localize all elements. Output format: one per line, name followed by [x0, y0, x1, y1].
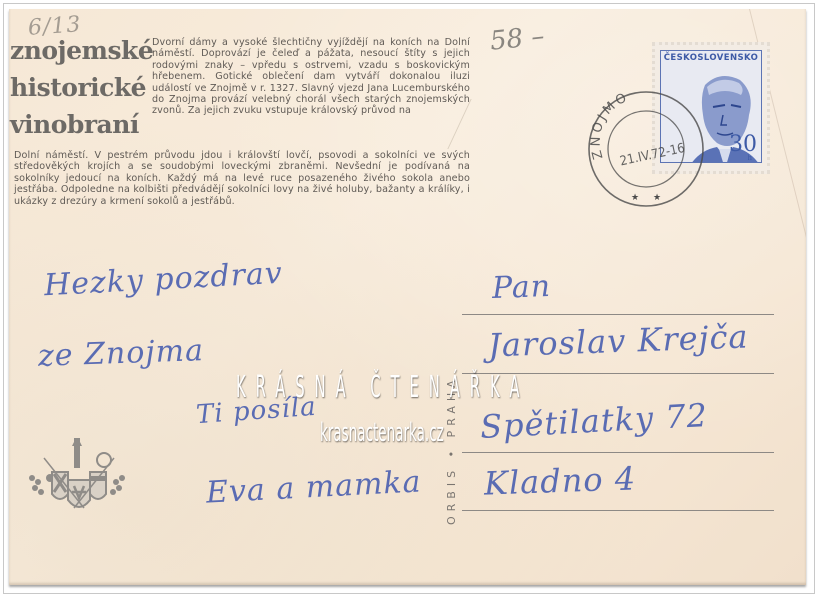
title-line: historické: [10, 69, 158, 106]
description-lower: Dolní náměstí. V pestrém průvodu jdou i …: [14, 150, 470, 207]
watermark-title: KRÁSNÁ ČTENÁŘKA: [236, 370, 529, 405]
publisher-imprint: ORBIS • PRAHA: [443, 325, 463, 545]
pencil-price: 58 –: [489, 21, 546, 57]
address-line: [462, 510, 774, 511]
svg-text:21.IV.72-16: 21.IV.72-16: [619, 141, 687, 169]
svg-text:★: ★: [631, 193, 639, 203]
address-text: Kladno 4: [483, 459, 636, 502]
title-line: vinobraní: [10, 106, 158, 143]
stamp-value: 30: [729, 134, 757, 156]
postcard-title: znojemské historické vinobraní: [10, 32, 158, 143]
title-line: znojemské: [10, 32, 158, 69]
coat-of-arms-icon: [24, 438, 134, 518]
svg-text:★: ★: [653, 193, 661, 203]
description-upper: Dvorní dámy a vysoké šlechtičny vyjížděj…: [152, 37, 470, 117]
address-text: Pan: [491, 269, 551, 306]
address-line: [462, 452, 774, 453]
svg-text:ZNOJMO: ZNOJMO: [589, 89, 632, 161]
address-line: [462, 314, 774, 315]
postmark-icon: ZNOJMO 21.IV.72-16 ★ ★: [585, 88, 707, 210]
stamp-country: ČESKOSLOVENSKO: [661, 53, 761, 63]
watermark-url[interactable]: krasnactenarka.cz: [320, 418, 444, 448]
message-line: ze Znojma: [37, 333, 204, 374]
stamp-unit: h: [747, 154, 752, 162]
